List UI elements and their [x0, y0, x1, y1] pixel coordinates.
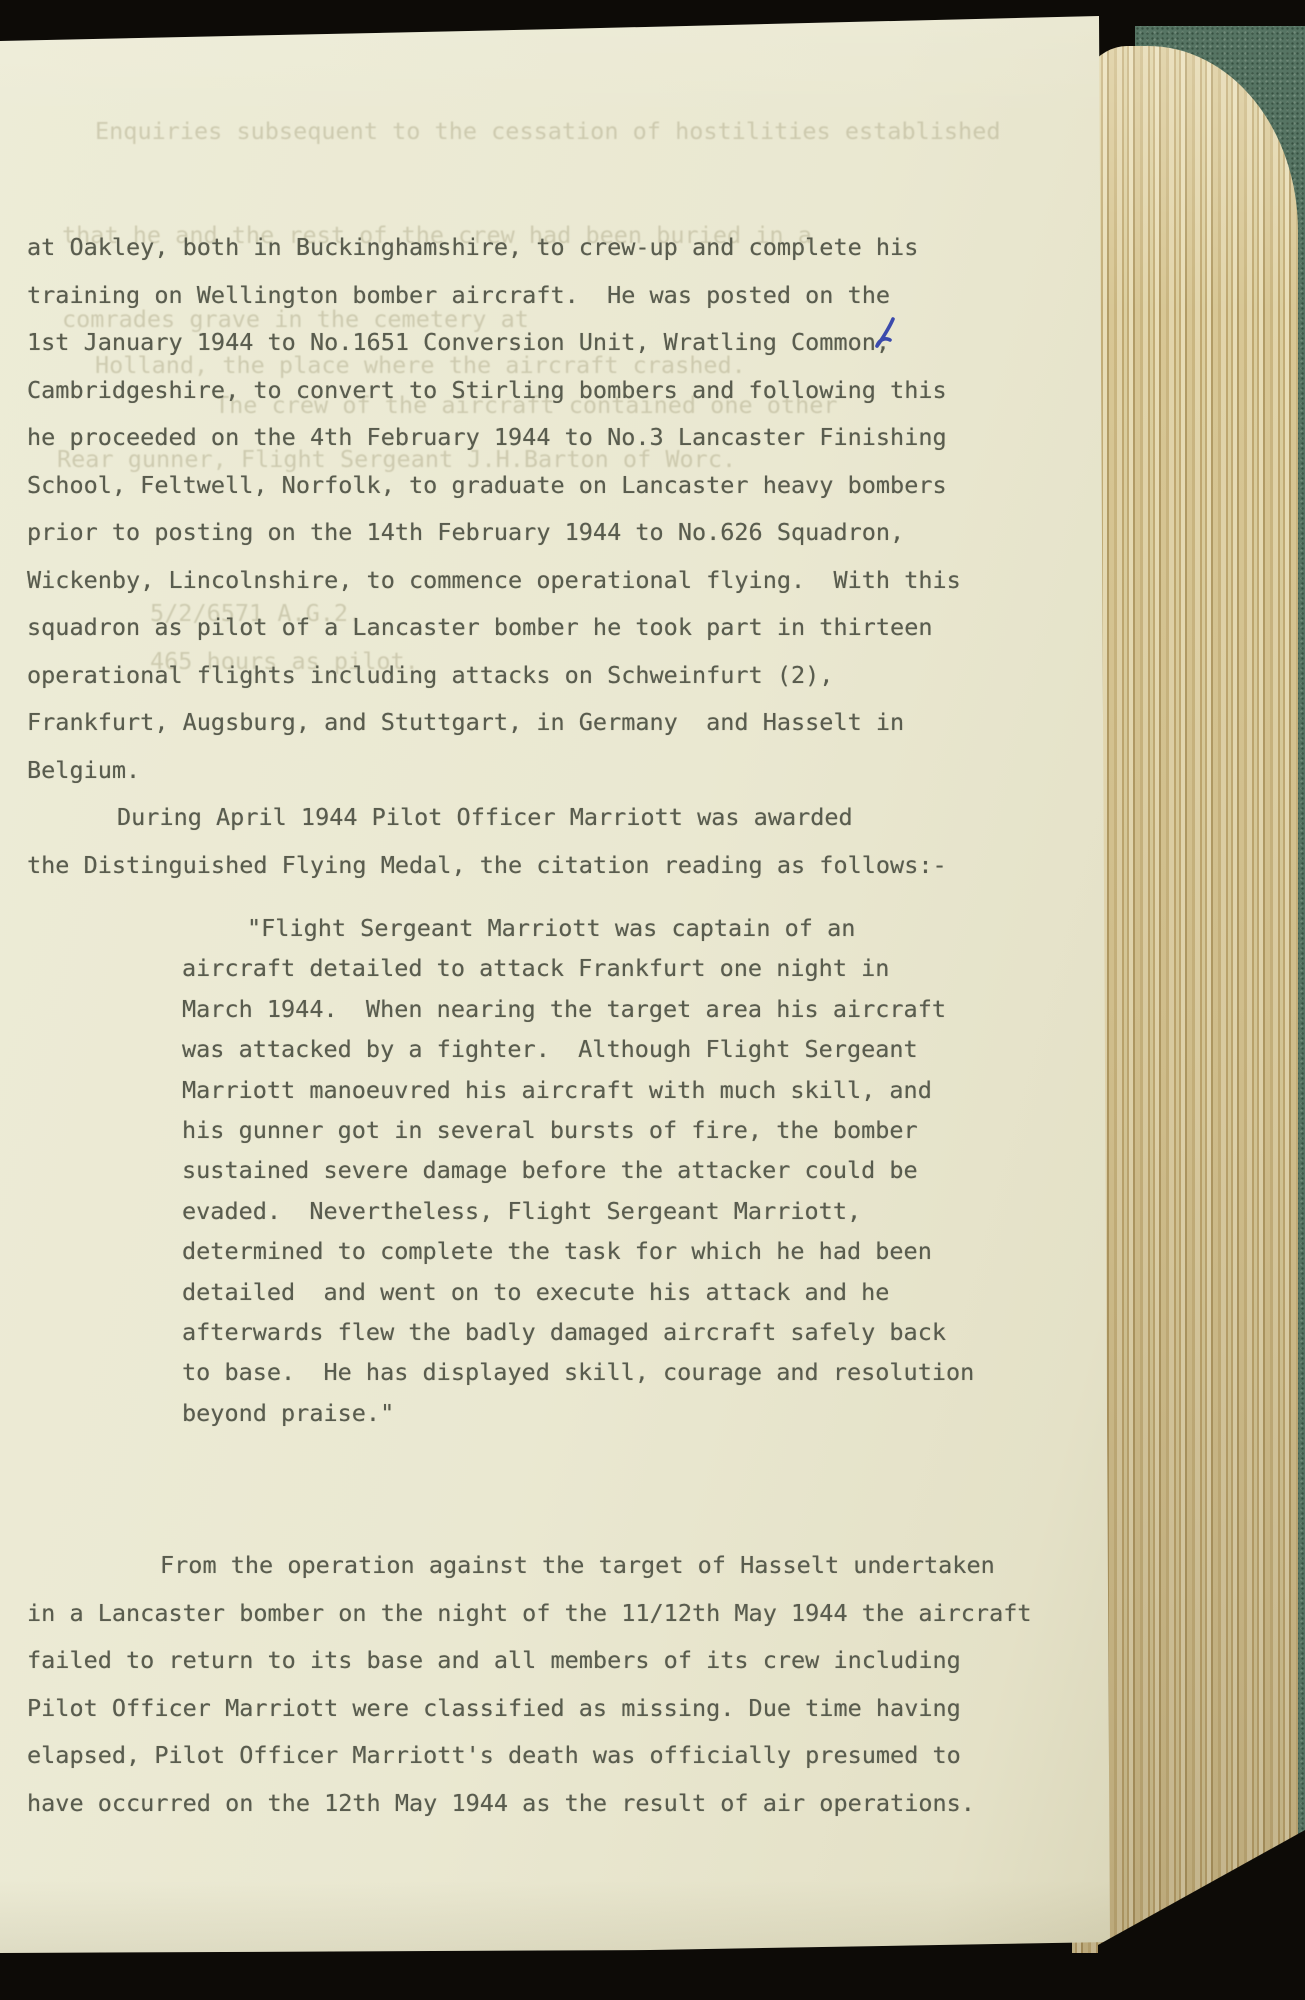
text-line: Belgium.	[27, 747, 961, 795]
blue-ink-annotation-mark	[869, 316, 899, 350]
text-line: sustained severe damage before the attac…	[182, 1150, 974, 1190]
text-line: Pilot Officer Marriott were classified a…	[27, 1685, 1032, 1733]
text-line: was attacked by a fighter. Although Flig…	[182, 1029, 974, 1069]
text-line: 1st January 1944 to No.1651 Conversion U…	[27, 319, 961, 367]
text-line: determined to complete the task for whic…	[182, 1231, 974, 1271]
ghost-line: Enquiries subsequent to the cessation of…	[95, 118, 1000, 144]
text-line: prior to posting on the 14th February 19…	[27, 509, 961, 557]
text-line: detailed and went on to execute his atta…	[182, 1272, 974, 1312]
text-line: aircraft detailed to attack Frankfurt on…	[182, 948, 974, 988]
text-line: Marriott manoeuvred his aircraft with mu…	[182, 1070, 974, 1110]
text-line: beyond praise."	[182, 1393, 974, 1433]
text-line: failed to return to its base and all mem…	[27, 1637, 1032, 1685]
document-page: Enquiries subsequent to the cessation of…	[0, 0, 1112, 2000]
paragraph-missing-presumed-dead: From the operation against the target of…	[27, 1542, 1032, 1828]
scanned-book-photo: Enquiries subsequent to the cessation of…	[0, 0, 1305, 2000]
text-line: Wickenby, Lincolnshire, to commence oper…	[27, 557, 961, 605]
paragraph-citation-quote: "Flight Sergeant Marriott was captain of…	[27, 908, 974, 1433]
text-line: Cambridgeshire, to convert to Stirling b…	[27, 367, 961, 415]
text-line: squadron as pilot of a Lancaster bomber …	[27, 604, 961, 652]
text-line: the Distinguished Flying Medal, the cita…	[27, 842, 961, 890]
text-line: "Flight Sergeant Marriott was captain of…	[247, 908, 974, 948]
text-line: he proceeded on the 4th February 1944 to…	[27, 414, 961, 462]
text-line: School, Feltwell, Norfolk, to graduate o…	[27, 462, 961, 510]
text-line: Frankfurt, Augsburg, and Stuttgart, in G…	[27, 699, 961, 747]
text-line: March 1944. When nearing the target area…	[182, 989, 974, 1029]
text-line: to base. He has displayed skill, courage…	[182, 1352, 974, 1392]
text-line: afterwards flew the badly damaged aircra…	[182, 1312, 974, 1352]
text-line: his gunner got in several bursts of fire…	[182, 1110, 974, 1150]
text-line: During April 1944 Pilot Officer Marriott…	[117, 794, 961, 842]
text-line: training on Wellington bomber aircraft. …	[27, 272, 961, 320]
text-line: evaded. Nevertheless, Flight Sergeant Ma…	[182, 1191, 974, 1231]
text-line: have occurred on the 12th May 1944 as th…	[27, 1780, 1032, 1828]
paragraph-service-history: at Oakley, both in Buckinghamshire, to c…	[27, 224, 961, 889]
text-line: at Oakley, both in Buckinghamshire, to c…	[27, 224, 961, 272]
text-line: elapsed, Pilot Officer Marriott's death …	[27, 1732, 1032, 1780]
text-line: in a Lancaster bomber on the night of th…	[27, 1590, 1032, 1638]
text-line: operational flights including attacks on…	[27, 652, 961, 700]
text-line: From the operation against the target of…	[160, 1542, 1032, 1590]
